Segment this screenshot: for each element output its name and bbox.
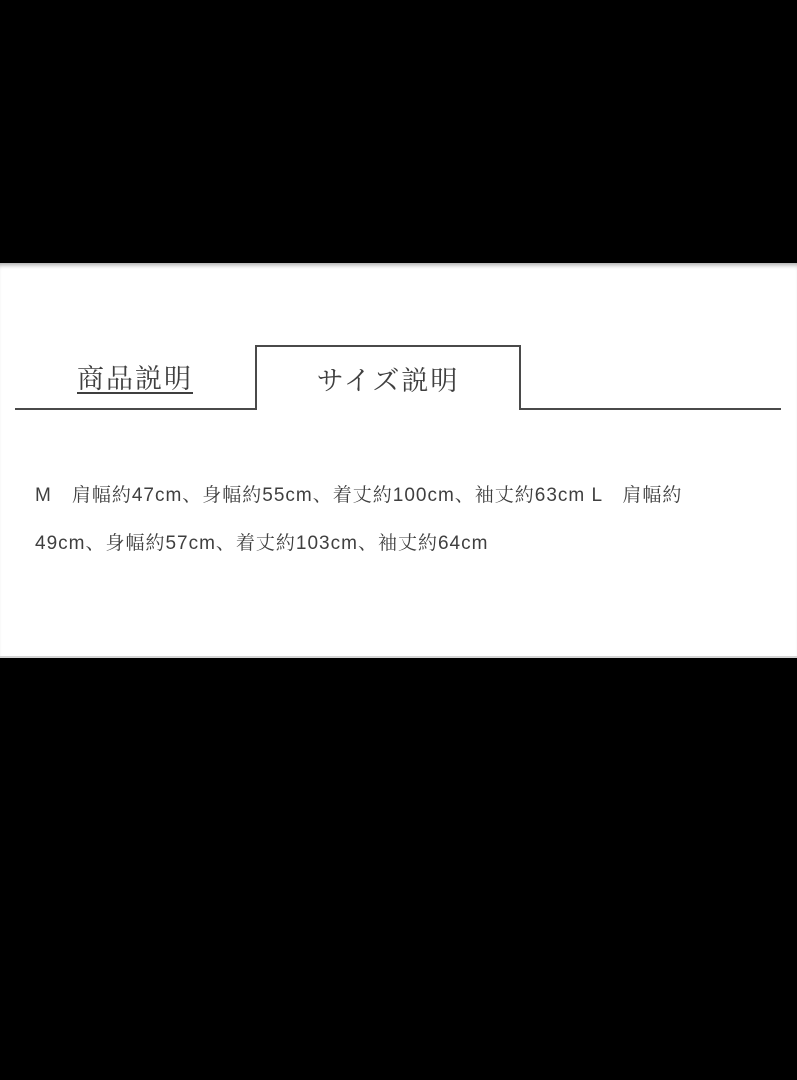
size-text-line-2: 49cm、身幅約57cm、着丈約103cm、袖丈約64cm <box>35 520 767 568</box>
product-info-panel: 商品説明 サイズ説明 M 肩幅約47cm、身幅約55cm、着丈約100cm、袖丈… <box>0 263 797 658</box>
tab-size-description-label: サイズ説明 <box>317 359 460 398</box>
letterbox-top <box>0 0 797 263</box>
tab-product-description-label[interactable]: 商品説明 <box>77 357 193 396</box>
size-text-line-1: M 肩幅約47cm、身幅約55cm、着丈約100cm、袖丈約63cm L 肩幅約 <box>35 472 767 520</box>
tab-product-description[interactable]: 商品説明 <box>15 345 255 410</box>
tab-size-description[interactable]: サイズ説明 <box>255 345 521 410</box>
tab-bar-filler <box>521 345 781 410</box>
letterbox-bottom <box>0 658 797 1080</box>
screen: 商品説明 サイズ説明 M 肩幅約47cm、身幅約55cm、着丈約100cm、袖丈… <box>0 0 797 1080</box>
tab-bar: 商品説明 サイズ説明 <box>15 345 781 410</box>
size-description-content: M 肩幅約47cm、身幅約55cm、着丈約100cm、袖丈約63cm L 肩幅約… <box>0 410 797 568</box>
